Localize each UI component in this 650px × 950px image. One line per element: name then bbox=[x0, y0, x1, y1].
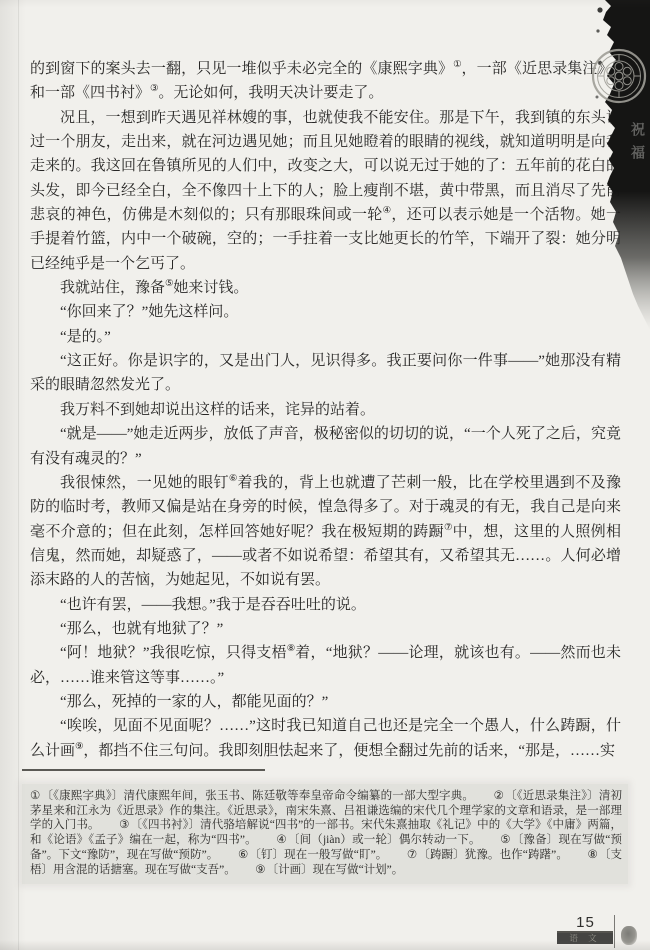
footnote-text: 〔计画〕现在写做“计划”。 bbox=[267, 864, 404, 876]
footnote-marker: ② bbox=[494, 790, 505, 802]
margin-chapter-title: 祝福 bbox=[626, 122, 646, 168]
footnote: ⑦〔踌蹰〕犹豫。也作“踌躇”。 bbox=[407, 849, 568, 861]
torn-page-edge bbox=[585, 0, 650, 340]
paragraph: “这正好。你是识字的，又是出门人，见识得多。我正要问你一件事——”她那没有精采的… bbox=[30, 349, 621, 398]
footnote-marker: ⑤ bbox=[500, 834, 511, 846]
subject-badge: 语 文 bbox=[557, 933, 613, 944]
scan-smudge bbox=[621, 926, 637, 945]
footnote-text: 〔钉〕现在一般写做“盯”。 bbox=[249, 849, 387, 861]
paragraph: 我就站住，豫备⑤她来讨钱。 bbox=[30, 276, 621, 300]
paragraph: 我万料不到她却说出这样的话来，诧异的站着。 bbox=[30, 398, 621, 422]
footnote-marker: ④ bbox=[276, 834, 287, 846]
footnote-separator-rule bbox=[22, 769, 265, 771]
footnotes-block: ①〔《康熙字典》〕清代康熙年间，张玉书、陈廷敬等奉皇帝命令编纂的一部大型字典。②… bbox=[30, 789, 622, 881]
page-number: 15 bbox=[558, 914, 613, 931]
paragraph: 我很悚然，一见她的眼钉⑥着我的，背上也就遭了芒刺一般，比在学校里遇到不及豫防的临… bbox=[30, 471, 621, 593]
scanned-textbook-page: { "page": { "number": "15", "footer_badg… bbox=[0, 0, 650, 950]
paragraph: 况且，一想到昨天遇见祥林嫂的事，也就使我不能安住。那是下午，我到镇的东头访过一个… bbox=[30, 106, 621, 276]
left-page-edge-line bbox=[18, 0, 19, 950]
footnote: ①〔《康熙字典》〕清代康熙年间，张玉书、陈廷敬等奉皇帝命令编纂的一部大型字典。 bbox=[30, 790, 474, 802]
footnote: ⑨〔计画〕现在写做“计划”。 bbox=[255, 864, 403, 876]
paragraph: “是的。” bbox=[30, 325, 621, 349]
paragraph: “那么，也就有地狱了？” bbox=[30, 617, 621, 641]
footnote-text: 〔间（jiàn）或一轮〕偶尔转动一下。 bbox=[288, 834, 481, 846]
footnote-marker: ⑥ bbox=[238, 849, 248, 861]
main-text-block: 的到窗下的案头去一翻，只见一堆似乎未必完全的《康熙字典》①，一部《近思录集注》②… bbox=[30, 57, 621, 769]
paragraph: “就是——”她走近两步，放低了声音，极秘密似的切切的说，“一个人死了之后，究竟有… bbox=[30, 422, 621, 471]
paragraph: “你回来了？”她先这样问。 bbox=[30, 300, 621, 324]
paragraph-continuation: 的到窗下的案头去一翻，只见一堆似乎未必完全的《康熙字典》①，一部《近思录集注》②… bbox=[30, 57, 621, 106]
footnote-text: 〔《康熙字典》〕清代康熙年间，张玉书、陈廷敬等奉皇帝命令编纂的一部大型字典。 bbox=[42, 790, 475, 802]
paragraph: “唉唉，见面不见面呢？……”这时我已知道自己也还是完全一个愚人，什么踌蹰，什么计… bbox=[30, 714, 621, 763]
footnote-text: 〔踌蹰〕犹豫。也作“踌躇”。 bbox=[418, 849, 568, 861]
footnote-marker: ⑦ bbox=[407, 849, 417, 861]
paragraph: “阿！地狱？”我很吃惊，只得支梧⑧着，“地狱？——论理，就该也有。——然而也未必… bbox=[30, 641, 621, 690]
footnote-marker: ① bbox=[30, 790, 41, 802]
paragraph: “那么，死掉的一家的人，都能见面的？” bbox=[30, 690, 621, 714]
footnote-marker: ③ bbox=[119, 819, 129, 831]
footnote-marker: ⑧ bbox=[588, 849, 598, 861]
paragraph: “也许有罢，——我想。”我于是吞吞吐吐的说。 bbox=[30, 593, 621, 617]
footnote: ⑥〔钉〕现在一般写做“盯”。 bbox=[238, 849, 387, 861]
footnote-marker: ⑨ bbox=[255, 864, 265, 876]
footer-vertical-rule bbox=[614, 915, 615, 948]
footnote: ④〔间（jiàn）或一轮〕偶尔转动一下。 bbox=[276, 834, 480, 846]
